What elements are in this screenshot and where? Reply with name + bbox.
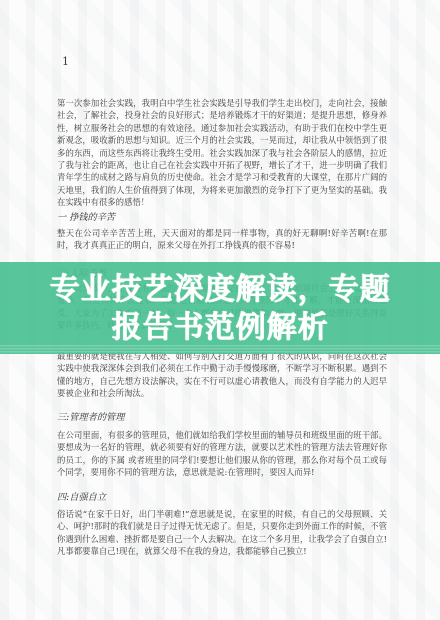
paragraph-earning: 整天在公司辛辛苦苦上班，天天面对的都是同一样事物，真的好无聊啊!好辛苦啊!在那时… [57,227,387,253]
banner-title-line2: 报告书范例解析 [112,310,329,345]
paragraph-self-study: 最重要的就是使我在与人相处、如何与别人打交道方面有了很大的认识，同时在这次社会实… [57,350,387,404]
title-banner: 专业技艺深度解读，专题 报告书范例解析 [0,262,440,354]
paragraph-independence: 俗话说“在家千日好，出门半朝难!”意思就是说，在家里的时候，有自己的父母照顾、关… [57,508,387,562]
section-heading-independence: 四:自强自立 [57,492,387,504]
intro-paragraph: 第一次参加社会实践，我明白中学生社会实践是引导我们学生走出校门，走向社会，接触社… [57,97,387,213]
banner-title-line1: 专业技艺深度解读，专题 [50,272,391,307]
banner-title: 专业技艺深度解读，专题 报告书范例解析 [0,271,440,347]
paragraph-management: 在公司里面，有很多的管理员，他们就如给我们学校里面的辅导员和班级里面的班干部。要… [57,429,387,483]
page-number: 1 [62,55,69,68]
document-page: 1 第一次参加社会实践，我明白中学生社会实践是引导我们学生走出校门，走向社会，接… [0,0,440,620]
section-heading-management: 三:管理者的管理 [57,412,387,424]
section-heading-earning: 一 挣钱的辛苦 [57,212,387,224]
